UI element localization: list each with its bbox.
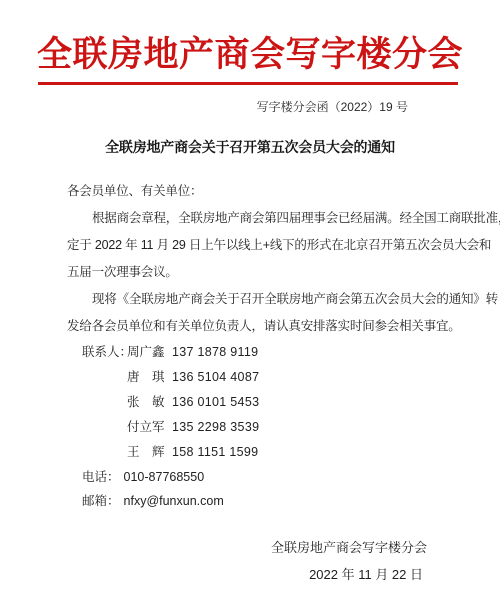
masthead-org-title: 全联房地产商会写字楼分会 xyxy=(0,32,500,78)
contact-name: 唐 琪 xyxy=(127,365,172,390)
signature-block: 全联房地产商会写字楼分会 2022 年 11 月 22 日 xyxy=(0,534,500,599)
office-phone-value: 010-87768550 xyxy=(124,465,205,489)
contact-phone: 137 1878 9119 xyxy=(172,340,258,365)
contact-list-label: 联系人： xyxy=(82,340,127,365)
paragraph-1: 根据商会章程，全联房地产商会第四届理事会已经届满。经全国工商联批准， 定于 20… xyxy=(67,205,442,286)
contact-row: 王 辉 158 1151 1599 xyxy=(67,440,442,465)
notice-title: 全联房地产商会关于召开第五次会员大会的通知 xyxy=(0,137,500,157)
document-number: 写字楼分会函（2022）19 号 xyxy=(0,98,500,115)
office-phone-row: 电话： 010-87768550 xyxy=(67,465,442,489)
email-row: 邮箱： nfxy@funxun.com xyxy=(67,489,442,513)
contact-row: 唐 琪 136 5104 4087 xyxy=(67,365,442,390)
notice-document-page: 全联房地产商会写字楼分会 写字楼分会函（2022）19 号 全联房地产商会关于召… xyxy=(0,0,500,599)
contact-row: 张 敏 136 0101 5453 xyxy=(67,390,442,415)
signature-org-name: 全联房地产商会写字楼分会 xyxy=(0,534,500,561)
masthead: 全联房地产商会写字楼分会 xyxy=(0,0,500,85)
contact-phone: 135 2298 3539 xyxy=(172,415,259,440)
paragraph-1-line: 五届一次理事会议。 xyxy=(67,259,442,286)
contact-row: 付立军 135 2298 3539 xyxy=(67,415,442,440)
contact-name: 王 辉 xyxy=(127,440,172,465)
office-phone-label: 电话： xyxy=(82,465,120,489)
paragraph-1-line: 根据商会章程，全联房地产商会第四届理事会已经届满。经全国工商联批准， xyxy=(67,205,442,232)
paragraph-2: 现将《全联房地产商会关于召开全联房地产商会第五次会员大会的通知》转 发给各会员单… xyxy=(67,286,442,340)
paragraph-2-line: 发给各会员单位和有关单位负责人，请认真安排落实时间参会相关事宜。 xyxy=(67,313,442,340)
email-label: 邮箱： xyxy=(82,489,120,513)
notice-body: 各会员单位、有关单位： 根据商会章程，全联房地产商会第四届理事会已经届满。经全国… xyxy=(67,178,442,513)
contact-name: 张 敏 xyxy=(127,390,172,415)
contact-name: 付立军 xyxy=(127,415,172,440)
salutation: 各会员单位、有关单位： xyxy=(67,178,442,205)
contact-phone: 136 5104 4087 xyxy=(172,365,259,390)
email-value: nfxy@funxun.com xyxy=(124,489,224,513)
contact-phone: 158 1151 1599 xyxy=(172,440,258,465)
contact-name: 周广鑫 xyxy=(127,340,172,365)
paragraph-2-line: 现将《全联房地产商会关于召开全联房地产商会第五次会员大会的通知》转 xyxy=(67,286,442,313)
contact-row: 联系人： 周广鑫 137 1878 9119 xyxy=(67,340,442,365)
masthead-red-rule xyxy=(38,82,458,85)
contact-phone: 136 0101 5453 xyxy=(172,390,259,415)
contact-list: 联系人： 周广鑫 137 1878 9119 唐 琪 136 5104 4087… xyxy=(67,340,442,465)
signature-date: 2022 年 11 月 22 日 xyxy=(0,561,500,589)
paragraph-1-line: 定于 2022 年 11 月 29 日上午以线上+线下的形式在北京召开第五次会员… xyxy=(67,232,442,259)
